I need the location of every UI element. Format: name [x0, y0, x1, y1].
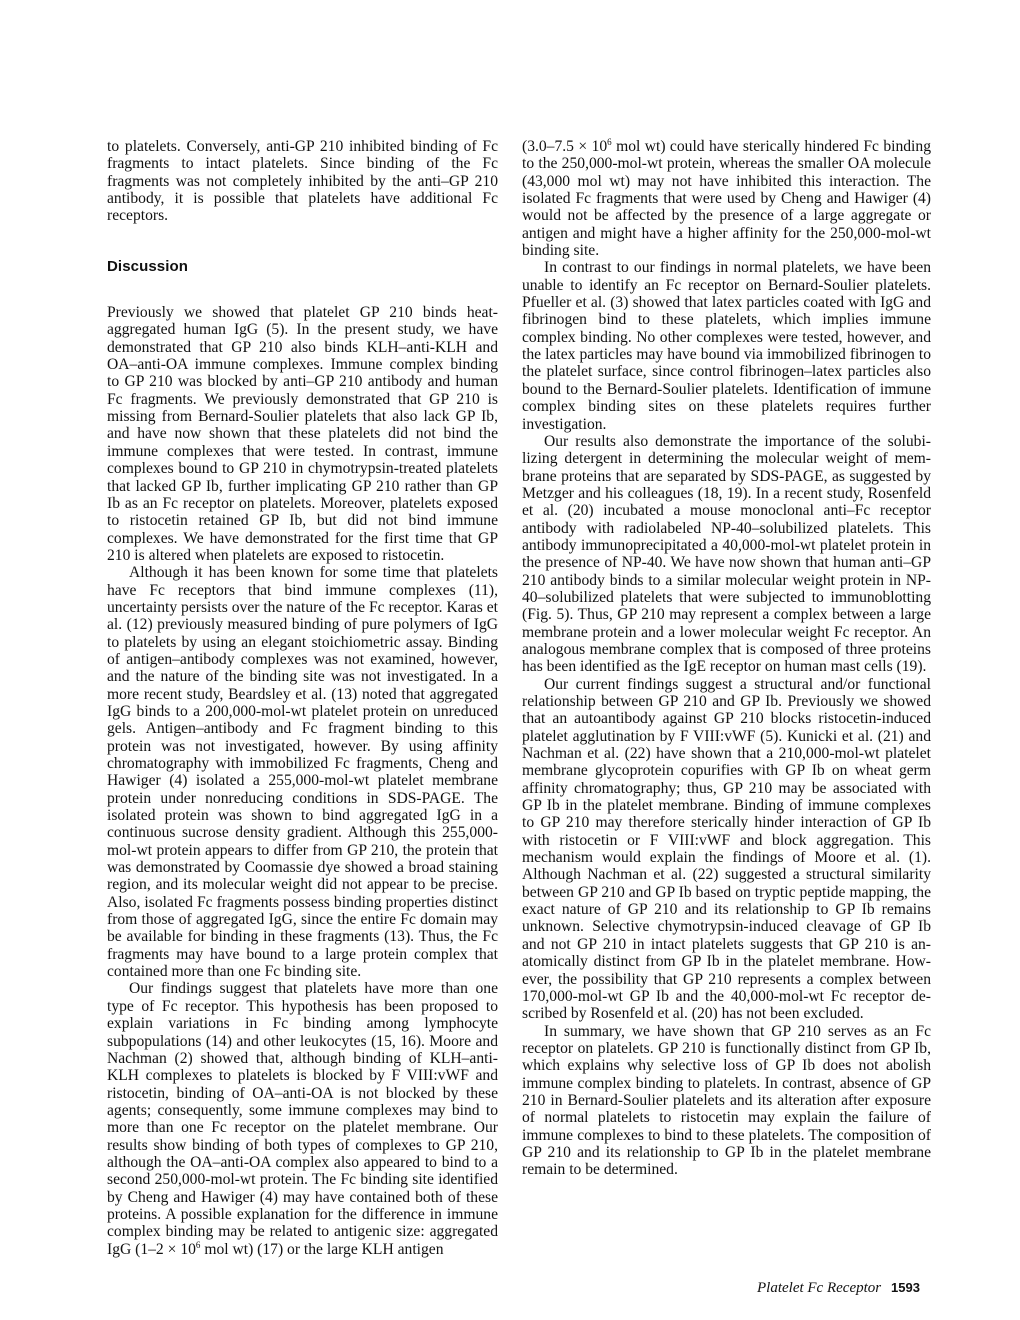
paragraph: Our findings suggest that platelets have… — [107, 980, 498, 1258]
left-column: to platelets. Conversely, anti-GP 210 in… — [107, 138, 498, 1258]
section-heading-discussion: Discussion — [107, 258, 498, 275]
paragraph: Previously we showed that platelet GP 21… — [107, 304, 498, 564]
running-title: Platelet Fc Receptor — [757, 1280, 881, 1296]
page-number: 1593 — [891, 1280, 920, 1295]
paragraph-text: mol wt) (17) or the large KLH antigen — [200, 1241, 443, 1258]
paragraph: Although it has been known for some time… — [107, 564, 498, 980]
continuation-paragraph: (3.0–7.5 × 106 mol wt) could have steric… — [522, 138, 931, 259]
paragraph-text: Our findings suggest that platelets have… — [107, 980, 498, 1257]
paragraph: Our results also demonstrate the importa… — [522, 433, 931, 676]
intro-paragraph: to platelets. Conversely, anti-GP 210 in… — [107, 138, 498, 225]
right-column: (3.0–7.5 × 106 mol wt) could have steric… — [522, 138, 931, 1179]
page-footer: Platelet Fc Receptor 1593 — [757, 1280, 881, 1297]
paragraph-text: mol wt) could have sterically hindered F… — [522, 138, 931, 259]
paragraph: Our current findings suggest a structura… — [522, 676, 931, 1023]
paragraph: In summary, we have shown that GP 210 se… — [522, 1023, 931, 1179]
paragraph-text: (3.0–7.5 × 10 — [522, 138, 607, 155]
paragraph: In contrast to our findings in normal pl… — [522, 259, 931, 432]
